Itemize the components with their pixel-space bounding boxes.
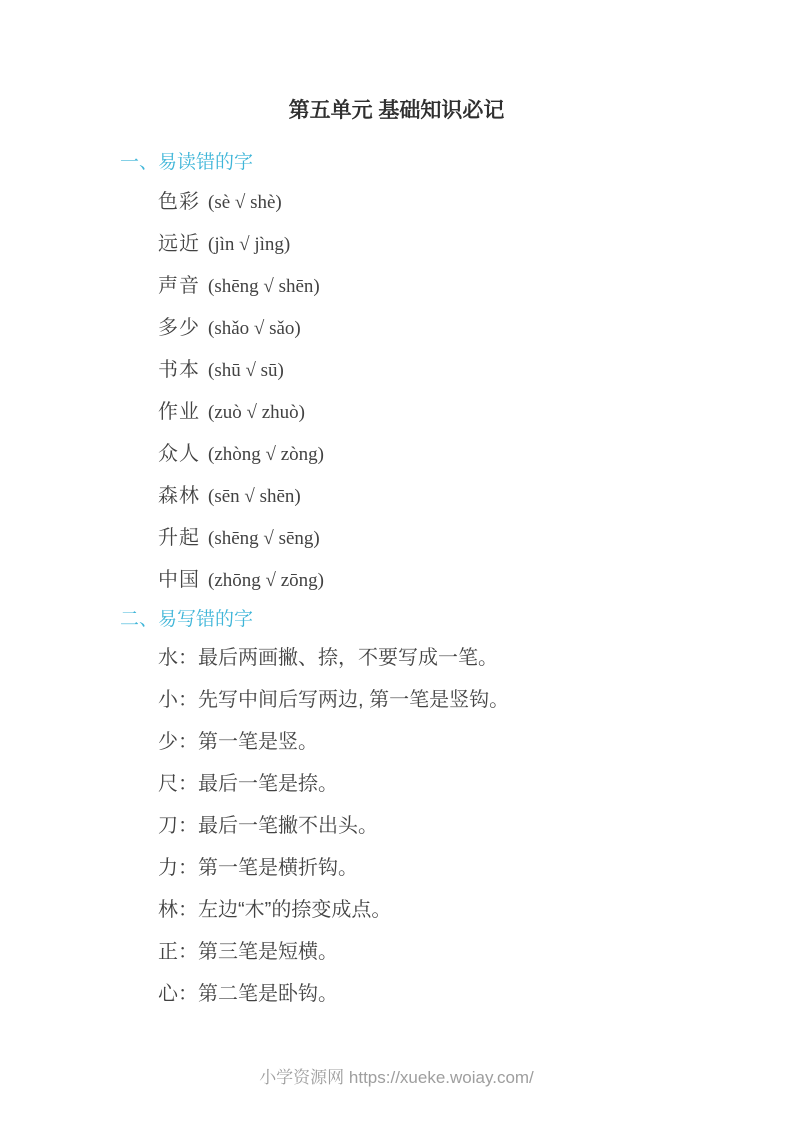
note-text: 心：第二笔是卧钩。 [158,983,338,1005]
word-item: 升起(shēng √ sēng) [158,517,793,559]
word-item: 作业(zuò √ zhuò) [158,391,793,433]
miswrite-note-list: 水：最后两画撇、捺，不要写成一笔。 小：先写中间后写两边, 第一笔是竖钩。 少：… [158,637,793,1015]
note-text: 刀：最后一笔撇不出头。 [158,815,378,837]
word-text: 远近 [158,233,200,255]
section-heading-miswritten-characters: 二、易写错的字 [120,607,793,633]
word-text: 众人 [158,443,200,465]
section-heading-misread-characters: 一、易读错的字 [120,150,793,176]
note-text: 少：第一笔是竖。 [158,731,318,753]
note-item: 力：第一笔是横折钩。 [158,847,793,889]
pinyin-text: (shēng √ sēng) [208,528,320,549]
word-item: 声音(shēng √ shēn) [158,265,793,307]
note-text: 力：第一笔是横折钩。 [158,857,358,879]
pinyin-text: (shēng √ shēn) [208,276,320,297]
pinyin-text: (zhōng √ zōng) [208,570,324,591]
word-text: 中国 [158,569,200,591]
word-text: 书本 [158,359,200,381]
word-item: 书本(shū √ sū) [158,349,793,391]
word-item: 中国(zhōng √ zōng) [158,559,793,601]
note-item: 林：左边“木”的捺变成点。 [158,889,793,931]
footer-credit: 小学资源网 https://xueke.woiay.com/ [0,1066,793,1090]
note-text: 水：最后两画撇、捺，不要写成一笔。 [158,647,498,669]
page-title: 第五单元 基础知识必记 [0,96,793,126]
note-text: 小：先写中间后写两边, 第一笔是竖钩。 [158,689,509,711]
note-text: 林：左边“木”的捺变成点。 [158,899,391,921]
note-item: 尺：最后一笔是捺。 [158,763,793,805]
note-item: 少：第一笔是竖。 [158,721,793,763]
word-text: 多少 [158,317,200,339]
pinyin-text: (jìn √ jìng) [208,234,290,255]
misread-word-list: 色彩(sè √ shè) 远近(jìn √ jìng) 声音(shēng √ s… [158,181,793,601]
word-item: 多少(shǎo √ sǎo) [158,307,793,349]
word-item: 远近(jìn √ jìng) [158,223,793,265]
pinyin-text: (zhòng √ zòng) [208,444,324,465]
pinyin-text: (sēn √ shēn) [208,486,301,507]
word-item: 色彩(sè √ shè) [158,181,793,223]
pinyin-text: (shū √ sū) [208,360,284,381]
word-text: 森林 [158,485,200,507]
pinyin-text: (zuò √ zhuò) [208,402,305,423]
word-text: 升起 [158,527,200,549]
word-item: 众人(zhòng √ zòng) [158,433,793,475]
note-text: 尺：最后一笔是捺。 [158,773,338,795]
note-item: 正：第三笔是短横。 [158,931,793,973]
document-page: 第五单元 基础知识必记 一、易读错的字 色彩(sè √ shè) 远近(jìn … [0,0,793,1122]
note-item: 水：最后两画撇、捺，不要写成一笔。 [158,637,793,679]
word-text: 色彩 [158,191,200,213]
pinyin-text: (sè √ shè) [208,192,282,213]
pinyin-text: (shǎo √ sǎo) [208,318,301,339]
note-text: 正：第三笔是短横。 [158,941,338,963]
note-item: 刀：最后一笔撇不出头。 [158,805,793,847]
note-item: 心：第二笔是卧钩。 [158,973,793,1015]
word-item: 森林(sēn √ shēn) [158,475,793,517]
word-text: 作业 [158,401,200,423]
note-item: 小：先写中间后写两边, 第一笔是竖钩。 [158,679,793,721]
word-text: 声音 [158,275,200,297]
